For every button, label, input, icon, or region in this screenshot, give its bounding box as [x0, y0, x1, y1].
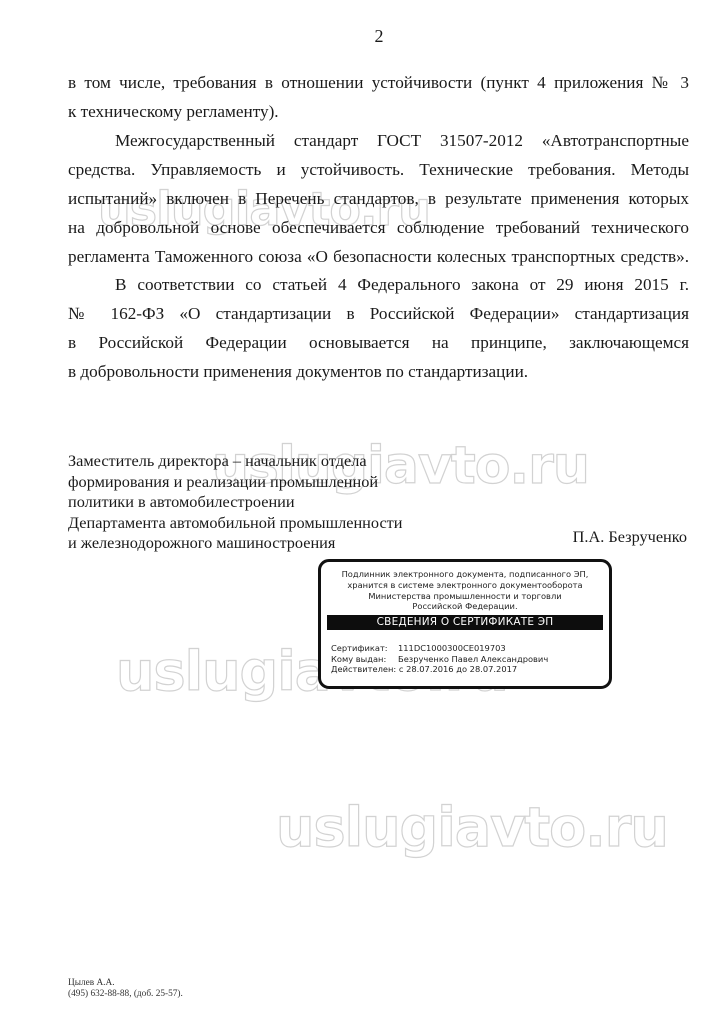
detail-label: Действителен: [331, 664, 396, 674]
detail-label: Кому выдан: [331, 654, 398, 665]
stamp-header: СВЕДЕНИЯ О СЕРТИФИКАТЕ ЭП [327, 615, 603, 630]
text-line: № 162-ФЗ «О стандартизации в Российской … [68, 299, 689, 328]
certificate-details: Сертификат:111DC1000300CE019703 Кому выд… [331, 643, 548, 675]
validity-row: Действителен: с 28.07.2016 до 28.07.2017 [331, 664, 548, 675]
stamp-notice-line: Российской Федерации. [321, 601, 609, 612]
text-line: испытаний» включен в Перечень стандартов… [68, 184, 689, 213]
executor-phone: (495) 632-88-88, (доб. 25-57). [68, 989, 183, 1000]
text-line: в том числе, требования в отношении усто… [68, 68, 689, 97]
text-line: в Российской Федерации основывается на п… [68, 328, 689, 357]
text-line: В соответствии со статьей 4 Федерального… [68, 270, 689, 299]
certificate-id-row: Сертификат:111DC1000300CE019703 [331, 643, 548, 654]
stamp-notice: Подлинник электронного документа, подпис… [321, 569, 609, 612]
detail-value: с 28.07.2016 до 28.07.2017 [399, 664, 517, 674]
text-line: Межгосударственный стандарт ГОСТ 31507-2… [68, 126, 689, 155]
signer-position-line: политики в автомобилестроении [68, 492, 689, 513]
watermark: uslugiavto.ru [276, 796, 668, 859]
signer-name: П.А. Безрученко [573, 527, 687, 547]
signer-position-line: Заместитель директора – начальник отдела [68, 451, 689, 472]
e-signature-stamp: Подлинник электронного документа, подпис… [318, 559, 612, 689]
text-line: на добровольной основе обеспечивается со… [68, 213, 689, 242]
stamp-notice-line: Министерства промышленности и торговли [321, 591, 609, 602]
executor-name: Цылев А.А. [68, 978, 183, 989]
paragraph-continuation: в том числе, требования в отношении усто… [68, 68, 689, 126]
text-line: в добровольности применения документов п… [68, 357, 689, 386]
paragraph-federal-law: В соответствии со статьей 4 Федерального… [68, 270, 689, 386]
detail-value: 111DC1000300CE019703 [398, 643, 506, 653]
stamp-notice-line: хранится в системе электронного документ… [321, 580, 609, 591]
detail-label: Сертификат: [331, 643, 398, 654]
detail-value: Безрученко Павел Александрович [398, 654, 548, 664]
page-number: 2 [0, 26, 724, 47]
issued-to-row: Кому выдан:Безрученко Павел Александрови… [331, 654, 548, 665]
executor-info: Цылев А.А. (495) 632-88-88, (доб. 25-57)… [68, 978, 183, 1000]
signer-position-line: формирования и реализации промышленной [68, 472, 689, 493]
text-line: регламента Таможенного союза «О безопасн… [68, 242, 689, 271]
text-line: средства. Управляемость и устойчивость. … [68, 155, 689, 184]
text-line: к техническому регламенту). [68, 97, 689, 126]
paragraph-gost-standard: Межгосударственный стандарт ГОСТ 31507-2… [68, 126, 689, 271]
stamp-notice-line: Подлинник электронного документа, подпис… [321, 569, 609, 580]
